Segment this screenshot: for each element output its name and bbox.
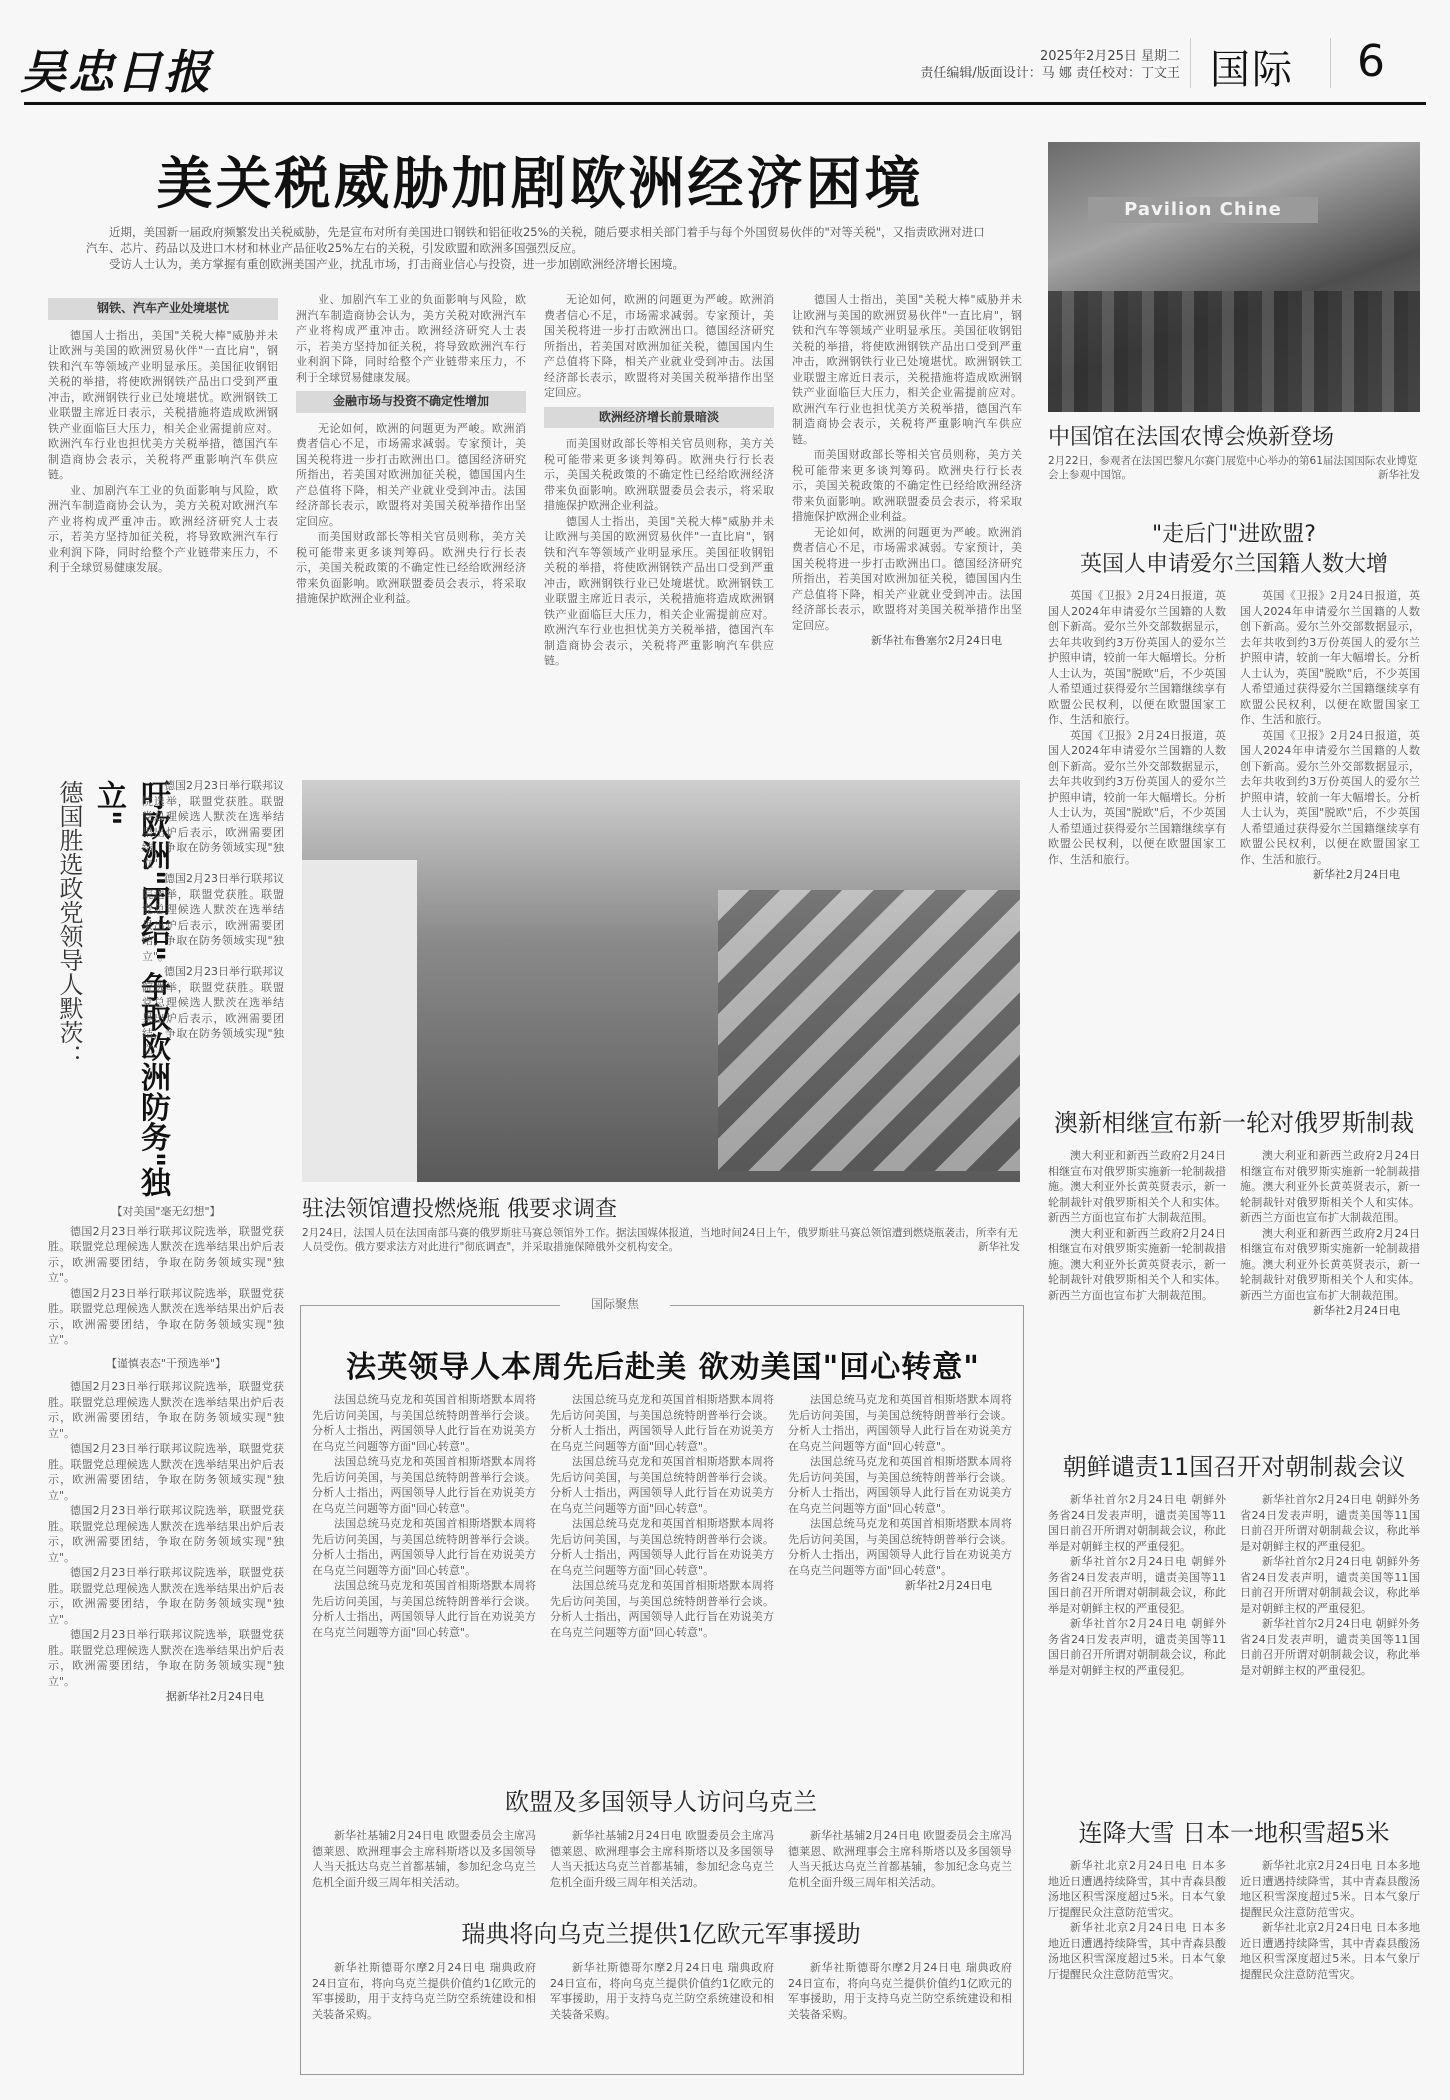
- body-text: 法国总统马克龙和英国首相斯塔默本周将先后访问美国，与美国总统特朗普举行会谈。分析…: [788, 1516, 1012, 1578]
- pavilion-caption-title: 中国馆在法国农博会焕新登场: [1048, 420, 1334, 451]
- ireland-column-1: 英国《卫报》2月24日报道，英国人2024年申请爱尔兰国籍的人数创下新高。爱尔兰…: [1048, 588, 1226, 1078]
- eu-ukraine-column-1: 新华社基辅2月24日电 欧盟委员会主席冯德莱恩、欧洲理事会主席科斯塔以及多国领导…: [312, 1828, 536, 1892]
- byline: 新华社布鲁塞尔2月24日电: [792, 633, 1022, 649]
- caption-text: 2月22日，参观者在法国巴黎凡尔赛门展览中心举办的第61届法国国际农业博览会上参…: [1048, 455, 1417, 481]
- body-text: 德国2月23日举行联邦议院选举，联盟党获胜。联盟党总理候选人默茨在选举结果出炉后…: [48, 1565, 284, 1627]
- issue-meta: 2025年2月25日 星期二 责任编辑/版面设计：马 娜 责任校对：丁文王: [920, 48, 1180, 82]
- subhead: 欧洲经济增长前景暗淡: [544, 407, 774, 429]
- body-text: 而美国财政部长等相关官员则称，美方关税可能带来更多谈判筹码。欧洲央行行长表示，美…: [296, 529, 526, 607]
- fire-truck-image: [718, 890, 1020, 1171]
- subhead: 【谨慎表态"干预选举"】: [48, 1356, 284, 1372]
- lead-column-1: 钢铁、汽车产业处境堪忧 德国人士指出，美国"关税大棒"威胁并未让欧洲与美国的欧洲…: [48, 292, 278, 762]
- body-text: 业、加剧汽车工业的负面影响与风险，欧洲汽车制造商协会认为，美方关税对欧洲汽车产业…: [48, 483, 278, 576]
- body-text: 新华社首尔2月24日电 朝鲜外务省24日发表声明，谴责美国等11国日前召开所谓对…: [1048, 1616, 1226, 1678]
- germany-column-top: 德国2月23日举行联邦议院选举，联盟党获胜。联盟党总理候选人默茨在选举结果出炉后…: [142, 778, 284, 1198]
- sweden-column-3: 新华社斯德哥尔摩2月24日电 瑞典政府24日宣布，将向乌克兰提供价值约1亿欧元的…: [788, 1960, 1012, 2068]
- masthead: 吴忠日报 2025年2月25日 星期二 责任编辑/版面设计：马 娜 责任校对：丁…: [12, 0, 1438, 104]
- consulate-headline: 驻法领馆遭投燃烧瓶 俄要求调查: [302, 1192, 617, 1223]
- body-text: 法国总统马克龙和英国首相斯塔默本周将先后访问美国，与美国总统特朗普举行会谈。分析…: [788, 1454, 1012, 1516]
- headline-line: 英国人申请爱尔兰国籍人数大增: [1048, 550, 1420, 580]
- body-text: 德国2月23日举行联邦议院选举，联盟党获胜。联盟党总理候选人默茨在选举结果出炉后…: [48, 1379, 284, 1441]
- germany-column-bottom: 【对美国"毫无幻想"】 德国2月23日举行联邦议院选举，联盟党获胜。联盟党总理候…: [48, 1200, 284, 2080]
- body-text: 英国《卫报》2月24日报道，英国人2024年申请爱尔兰国籍的人数创下新高。爱尔兰…: [1240, 728, 1420, 868]
- dprk-column-2: 新华社首尔2月24日电 朝鲜外务省24日发表声明，谴责美国等11国日前召开所谓对…: [1240, 1492, 1420, 1802]
- subhead: 钢铁、汽车产业处境堪忧: [48, 298, 278, 320]
- byline: 新华社2月24日电: [1240, 1303, 1420, 1319]
- consulate-photo: [302, 780, 1020, 1182]
- body-text: 德国2月23日举行联邦议院选举，联盟党获胜。联盟党总理候选人默茨在选举结果出炉后…: [142, 778, 284, 871]
- japan-snow-column-1: 新华社北京2月24日电 日本多地近日遭遇持续降雪，其中青森县酸汤地区积雪深度超过…: [1048, 1858, 1226, 2078]
- masthead-rule: [24, 102, 1426, 105]
- body-text: 法国总统马克龙和英国首相斯塔默本周将先后访问美国，与美国总统特朗普举行会谈。分析…: [312, 1392, 536, 1454]
- body-text: 法国总统马克龙和英国首相斯塔默本周将先后访问美国，与美国总统特朗普举行会谈。分析…: [312, 1454, 536, 1516]
- body-text: 法国总统马克龙和英国首相斯塔默本周将先后访问美国，与美国总统特朗普举行会谈。分析…: [788, 1392, 1012, 1454]
- crowd-image: [1048, 291, 1420, 413]
- australia-nz-column-1: 澳大利亚和新西兰政府2月24日相继宣布对俄罗斯实施新一轮制裁措施。澳大利亚外长黄…: [1048, 1148, 1226, 1420]
- body-text: 德国2月23日举行联邦议院选举，联盟党获胜。联盟党总理候选人默茨在选举结果出炉后…: [142, 871, 284, 964]
- intro-paragraph: 近期，美国新一届政府频繁发出关税威胁，先是宣布对所有美国进口钢铁和铝征收25%的…: [86, 224, 986, 256]
- body-text: 德国2月23日举行联邦议院选举，联盟党获胜。联盟党总理候选人默茨在选举结果出炉后…: [48, 1224, 284, 1286]
- body-text: 英国《卫报》2月24日报道，英国人2024年申请爱尔兰国籍的人数创下新高。爱尔兰…: [1240, 588, 1420, 728]
- dprk-headline: 朝鲜谴责11国召开对朝制裁会议: [1048, 1452, 1420, 1482]
- consulate-caption: 2月24日，法国人员在法国南部马赛的俄罗斯驻马赛总领馆外工作。据法国媒体报道，当…: [302, 1226, 1020, 1254]
- japan-snow-headline: 连降大雪 日本一地积雪超5米: [1048, 1818, 1420, 1848]
- body-text: 而美国财政部长等相关官员则称，美方关税可能带来更多谈判筹码。欧洲央行行长表示，美…: [544, 436, 774, 514]
- ireland-headline: "走后门"进欧盟? 英国人申请爱尔兰国籍人数大增: [1048, 520, 1420, 580]
- australia-nz-headline: 澳新相继宣布新一轮对俄罗斯制裁: [1048, 1108, 1420, 1138]
- body-text: 新华社基辅2月24日电 欧盟委员会主席冯德莱恩、欧洲理事会主席科斯塔以及多国领导…: [788, 1828, 1012, 1890]
- byline: 据新华社2月24日电: [48, 1689, 284, 1705]
- australia-nz-column-2: 澳大利亚和新西兰政府2月24日相继宣布对俄罗斯实施新一轮制裁措施。澳大利亚外长黄…: [1240, 1148, 1420, 1420]
- newspaper-logo: 吴忠日报: [20, 36, 212, 102]
- byline: 新华社2月24日电: [1240, 867, 1420, 883]
- body-text: 新华社基辅2月24日电 欧盟委员会主席冯德莱恩、欧洲理事会主席科斯塔以及多国领导…: [312, 1828, 536, 1890]
- body-text: 新华社基辅2月24日电 欧盟委员会主席冯德莱恩、欧洲理事会主席科斯塔以及多国领导…: [550, 1828, 774, 1890]
- body-text: 新华社首尔2月24日电 朝鲜外务省24日发表声明，谴责美国等11国日前召开所谓对…: [1240, 1554, 1420, 1616]
- body-text: 而美国财政部长等相关官员则称，美方关税可能带来更多谈判筹码。欧洲央行行长表示，美…: [792, 447, 1022, 525]
- subhead: 【对美国"毫无幻想"】: [48, 1204, 284, 1220]
- lead-headline: 美关税威胁加剧欧洲经济困境: [60, 140, 1020, 220]
- pavilion-banner: Pavilion Chine: [1088, 197, 1318, 223]
- photo-credit: 新华社发: [1378, 468, 1420, 482]
- body-text: 新华社北京2月24日电 日本多地近日遭遇持续降雪，其中青森县酸汤地区积雪深度超过…: [1048, 1920, 1226, 1982]
- eu-ukraine-column-3: 新华社基辅2月24日电 欧盟委员会主席冯德莱恩、欧洲理事会主席科斯塔以及多国领导…: [788, 1828, 1012, 1892]
- body-text: 德国2月23日举行联邦议院选举，联盟党获胜。联盟党总理候选人默茨在选举结果出炉后…: [48, 1286, 284, 1348]
- headline-line: "走后门"进欧盟?: [1048, 520, 1420, 550]
- body-text: 德国2月23日举行联邦议院选举，联盟党获胜。联盟党总理候选人默茨在选举结果出炉后…: [48, 1627, 284, 1689]
- lead-column-4: 德国人士指出，美国"关税大棒"威胁并未让欧洲与美国的欧洲贸易伙伴"一直比肩"，钢…: [792, 292, 1022, 762]
- body-text: 新华社首尔2月24日电 朝鲜外务省24日发表声明，谴责美国等11国日前召开所谓对…: [1048, 1554, 1226, 1616]
- pavilion-caption: 2月22日，参观者在法国巴黎凡尔赛门展览中心举办的第61届法国国际农业博览会上参…: [1048, 454, 1420, 482]
- body-text: 澳大利亚和新西兰政府2月24日相继宣布对俄罗斯实施新一轮制裁措施。澳大利亚外长黄…: [1048, 1226, 1226, 1304]
- photo-credit: 新华社发: [978, 1240, 1020, 1254]
- intro-paragraph: 受访人士认为，美方掌握有重创欧洲美国产业，扰乱市场，打击商业信心与投资，进一步加…: [86, 256, 986, 272]
- lead-intro: 近期，美国新一届政府频繁发出关税威胁，先是宣布对所有美国进口钢铁和铝征收25%的…: [86, 224, 986, 272]
- body-text: 澳大利亚和新西兰政府2月24日相继宣布对俄罗斯实施新一轮制裁措施。澳大利亚外长黄…: [1240, 1226, 1420, 1304]
- body-text: 新华社斯德哥尔摩2月24日电 瑞典政府24日宣布，将向乌克兰提供价值约1亿欧元的…: [312, 1960, 536, 2022]
- body-text: 德国2月23日举行联邦议院选举，联盟党获胜。联盟党总理候选人默茨在选举结果出炉后…: [142, 964, 284, 1057]
- body-text: 德国人士指出，美国"关税大棒"威胁并未让欧洲与美国的欧洲贸易伙伴"一直比肩"，钢…: [48, 328, 278, 483]
- van-image: [302, 860, 417, 1182]
- germany-subtitle: 德国胜选政党领导人默茨：: [52, 780, 87, 1100]
- sweden-column-2: 新华社斯德哥尔摩2月24日电 瑞典政府24日宣布，将向乌克兰提供价值约1亿欧元的…: [550, 1960, 774, 2068]
- body-text: 法国总统马克龙和英国首相斯塔默本周将先后访问美国，与美国总统特朗普举行会谈。分析…: [312, 1578, 536, 1640]
- body-text: 无论如何，欧洲的问题更为严峻。欧洲消费者信心不足，市场需求减弱。专家预计，美国关…: [544, 292, 774, 401]
- editor-credits: 责任编辑/版面设计：马 娜 责任校对：丁文王: [920, 65, 1180, 82]
- sweden-headline: 瑞典将向乌克兰提供1亿欧元军事援助: [302, 1914, 1020, 1949]
- body-text: 新华社首尔2月24日电 朝鲜外务省24日发表声明，谴责美国等11国日前召开所谓对…: [1048, 1492, 1226, 1554]
- section-name: 国际: [1210, 38, 1294, 95]
- dprk-column-1: 新华社首尔2月24日电 朝鲜外务省24日发表声明，谴责美国等11国日前召开所谓对…: [1048, 1492, 1226, 1802]
- page-number: 6: [1357, 36, 1385, 87]
- body-text: 新华社斯德哥尔摩2月24日电 瑞典政府24日宣布，将向乌克兰提供价值约1亿欧元的…: [550, 1960, 774, 2022]
- ireland-column-2: 英国《卫报》2月24日报道，英国人2024年申请爱尔兰国籍的人数创下新高。爱尔兰…: [1240, 588, 1420, 1078]
- body-text: 无论如何，欧洲的问题更为严峻。欧洲消费者信心不足，市场需求减弱。专家预计，美国关…: [792, 525, 1022, 634]
- body-text: 业、加剧汽车工业的负面影响与风险，欧洲汽车制造商协会认为，美方关税对欧洲汽车产业…: [296, 292, 526, 385]
- body-text: 澳大利亚和新西兰政府2月24日相继宣布对俄罗斯实施新一轮制裁措施。澳大利亚外长黄…: [1048, 1148, 1226, 1226]
- focus-box-label: 国际聚焦: [560, 1295, 670, 1312]
- body-text: 法国总统马克龙和英国首相斯塔默本周将先后访问美国，与美国总统特朗普举行会谈。分析…: [312, 1516, 536, 1578]
- eu-ukraine-headline: 欧盟及多国领导人访问乌克兰: [302, 1782, 1020, 1817]
- body-text: 新华社北京2月24日电 日本多地近日遭遇持续降雪，其中青森县酸汤地区积雪深度超过…: [1048, 1858, 1226, 1920]
- body-text: 德国人士指出，美国"关税大棒"威胁并未让欧洲与美国的欧洲贸易伙伴"一直比肩"，钢…: [544, 514, 774, 669]
- byline: 新华社2月24日电: [788, 1578, 1012, 1594]
- body-text: 法国总统马克龙和英国首相斯塔默本周将先后访问美国，与美国总统特朗普举行会谈。分析…: [550, 1454, 774, 1516]
- divider: [1190, 38, 1191, 88]
- divider: [1330, 38, 1331, 88]
- body-text: 法国总统马克龙和英国首相斯塔默本周将先后访问美国，与美国总统特朗普举行会谈。分析…: [550, 1578, 774, 1640]
- focus-column-2: 法国总统马克龙和英国首相斯塔默本周将先后访问美国，与美国总统特朗普举行会谈。分析…: [550, 1392, 774, 1752]
- subhead: 金融市场与投资不确定性增加: [296, 391, 526, 413]
- body-text: 澳大利亚和新西兰政府2月24日相继宣布对俄罗斯实施新一轮制裁措施。澳大利亚外长黄…: [1240, 1148, 1420, 1226]
- body-text: 德国2月23日举行联邦议院选举，联盟党获胜。联盟党总理候选人默茨在选举结果出炉后…: [48, 1503, 284, 1565]
- body-text: 新华社首尔2月24日电 朝鲜外务省24日发表声明，谴责美国等11国日前召开所谓对…: [1240, 1492, 1420, 1554]
- body-text: 无论如何，欧洲的问题更为严峻。欧洲消费者信心不足，市场需求减弱。专家预计，美国关…: [296, 421, 526, 530]
- body-text: 德国人士指出，美国"关税大棒"威胁并未让欧洲与美国的欧洲贸易伙伴"一直比肩"，钢…: [792, 292, 1022, 447]
- issue-date: 2025年2月25日 星期二: [920, 48, 1180, 65]
- body-text: 德国2月23日举行联邦议院选举，联盟党获胜。联盟党总理候选人默茨在选举结果出炉后…: [48, 1441, 284, 1503]
- focus-headline: 法英领导人本周先后赴美 欲劝美国"回心转意": [308, 1342, 1018, 1386]
- sweden-column-1: 新华社斯德哥尔摩2月24日电 瑞典政府24日宣布，将向乌克兰提供价值约1亿欧元的…: [312, 1960, 536, 2068]
- focus-column-1: 法国总统马克龙和英国首相斯塔默本周将先后访问美国，与美国总统特朗普举行会谈。分析…: [312, 1392, 536, 1752]
- body-text: 新华社北京2月24日电 日本多地近日遭遇持续降雪，其中青森县酸汤地区积雪深度超过…: [1240, 1920, 1420, 1982]
- body-text: 新华社首尔2月24日电 朝鲜外务省24日发表声明，谴责美国等11国日前召开所谓对…: [1240, 1616, 1420, 1678]
- lead-column-3: 无论如何，欧洲的问题更为严峻。欧洲消费者信心不足，市场需求减弱。专家预计，美国关…: [544, 292, 774, 762]
- pavilion-photo: Pavilion Chine: [1048, 142, 1420, 412]
- caption-text: 2月24日，法国人员在法国南部马赛的俄罗斯驻马赛总领馆外工作。据法国媒体报道，当…: [302, 1227, 1018, 1253]
- lead-column-2: 业、加剧汽车工业的负面影响与风险，欧洲汽车制造商协会认为，美方关税对欧洲汽车产业…: [296, 292, 526, 762]
- body-text: 法国总统马克龙和英国首相斯塔默本周将先后访问美国，与美国总统特朗普举行会谈。分析…: [550, 1392, 774, 1454]
- body-text: 英国《卫报》2月24日报道，英国人2024年申请爱尔兰国籍的人数创下新高。爱尔兰…: [1048, 588, 1226, 728]
- body-text: 法国总统马克龙和英国首相斯塔默本周将先后访问美国，与美国总统特朗普举行会谈。分析…: [550, 1516, 774, 1578]
- japan-snow-column-2: 新华社北京2月24日电 日本多地近日遭遇持续降雪，其中青森县酸汤地区积雪深度超过…: [1240, 1858, 1420, 2078]
- body-text: 新华社北京2月24日电 日本多地近日遭遇持续降雪，其中青森县酸汤地区积雪深度超过…: [1240, 1858, 1420, 1920]
- body-text: 新华社斯德哥尔摩2月24日电 瑞典政府24日宣布，将向乌克兰提供价值约1亿欧元的…: [788, 1960, 1012, 2022]
- body-text: 英国《卫报》2月24日报道，英国人2024年申请爱尔兰国籍的人数创下新高。爱尔兰…: [1048, 728, 1226, 868]
- focus-column-3: 法国总统马克龙和英国首相斯塔默本周将先后访问美国，与美国总统特朗普举行会谈。分析…: [788, 1392, 1012, 1752]
- eu-ukraine-column-2: 新华社基辅2月24日电 欧盟委员会主席冯德莱恩、欧洲理事会主席科斯塔以及多国领导…: [550, 1828, 774, 1892]
